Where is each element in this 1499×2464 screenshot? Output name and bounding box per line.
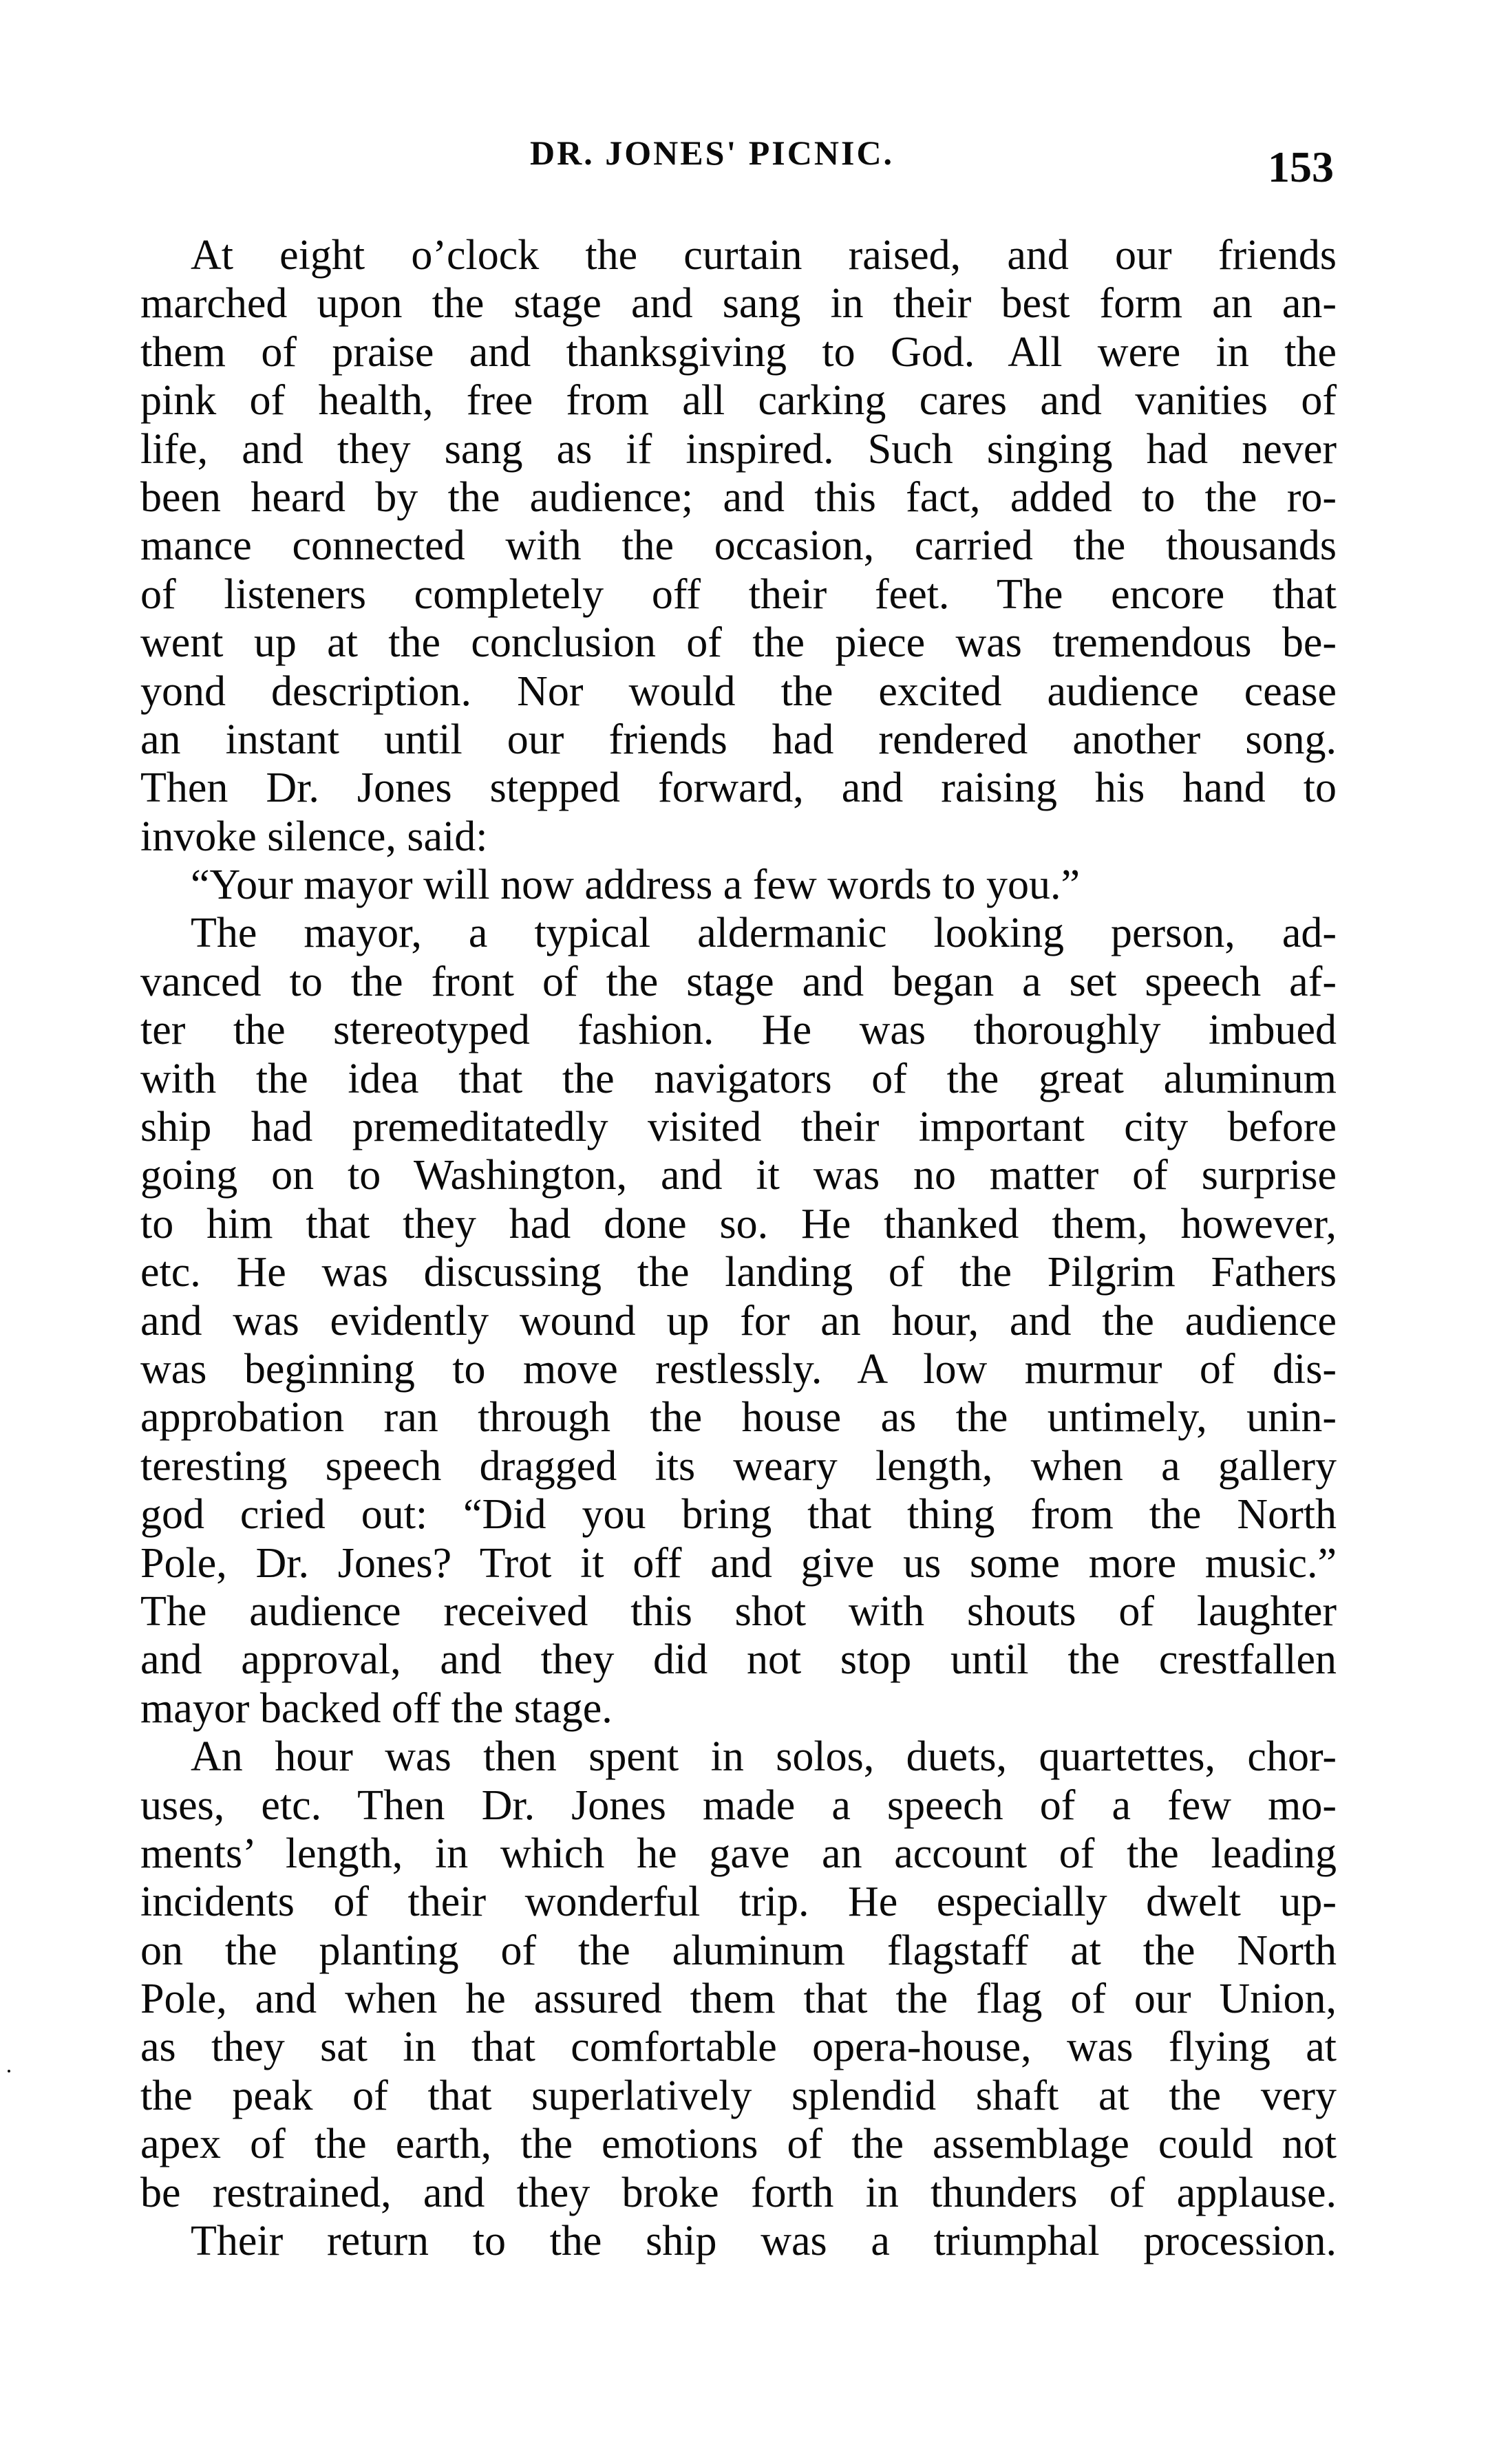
- text-line: invoke silence, said:: [140, 813, 1337, 861]
- text-line: The audience received this shot with sho…: [140, 1587, 1337, 1636]
- book-page: DR. JONES' PICNIC. 153 At eight o’clock …: [0, 0, 1499, 2464]
- text-line: Then Dr. Jones stepped forward, and rais…: [140, 764, 1337, 812]
- text-line: An hour was then spent in solos, duets, …: [140, 1733, 1337, 1781]
- text-line: The mayor, a typical aldermanic looking …: [140, 909, 1337, 957]
- text-line: the peak of that superlatively splendid …: [140, 2072, 1337, 2120]
- text-line: Their return to the ship was a triumphal…: [140, 2217, 1337, 2265]
- text-line: on the planting of the aluminum flagstaf…: [140, 1927, 1337, 1975]
- text-line: went up at the conclusion of the piece w…: [140, 619, 1337, 667]
- text-line: yond description. Nor would the excited …: [140, 667, 1337, 716]
- text-line: god cried out: “Did you bring that thing…: [140, 1490, 1337, 1539]
- text-line: to him that they had done so. He thanked…: [140, 1200, 1337, 1248]
- body-text: At eight o’clock the curtain raised, and…: [140, 231, 1337, 2265]
- page-number: 153: [1268, 143, 1334, 191]
- text-line: been heard by the audience; and this fac…: [140, 473, 1337, 522]
- text-line: Pole, and when he assured them that the …: [140, 1975, 1337, 2023]
- text-line: “Your mayor will now address a few words…: [140, 861, 1337, 909]
- text-line: was beginning to move restlessly. A low …: [140, 1345, 1337, 1393]
- text-line: them of praise and thanksgiving to God. …: [140, 328, 1337, 376]
- text-line: incidents of their wonderful trip. He es…: [140, 1878, 1337, 1926]
- text-line: teresting speech dragged its weary lengt…: [140, 1442, 1337, 1490]
- text-line: as they sat in that comfortable opera-ho…: [140, 2023, 1337, 2071]
- text-line: be restrained, and they broke forth in t…: [140, 2169, 1337, 2217]
- text-line: an instant until our friends had rendere…: [140, 716, 1337, 764]
- text-line: etc. He was discussing the landing of th…: [140, 1248, 1337, 1296]
- text-line: uses, etc. Then Dr. Jones made a speech …: [140, 1781, 1337, 1830]
- text-line: of listeners completely off their feet. …: [140, 570, 1337, 619]
- text-line: Pole, Dr. Jones? Trot it off and give us…: [140, 1539, 1337, 1587]
- text-line: ter the stereotyped fashion. He was thor…: [140, 1006, 1337, 1054]
- text-line: and approval, and they did not stop unti…: [140, 1636, 1337, 1684]
- text-line: going on to Washington, and it was no ma…: [140, 1151, 1337, 1199]
- text-line: At eight o’clock the curtain raised, and…: [140, 231, 1337, 279]
- text-line: life, and they sang as if inspired. Such…: [140, 425, 1337, 473]
- text-line: apex of the earth, the emotions of the a…: [140, 2120, 1337, 2168]
- text-line: approbation ran through the house as the…: [140, 1393, 1337, 1442]
- text-line: and was evidently wound up for an hour, …: [140, 1297, 1337, 1345]
- text-line: vanced to the front of the stage and beg…: [140, 958, 1337, 1006]
- text-line: with the idea that the navigators of the…: [140, 1055, 1337, 1103]
- scan-speck: [8, 2070, 10, 2072]
- text-line: ship had premeditatedly visited their im…: [140, 1103, 1337, 1151]
- text-line: mayor backed off the stage.: [140, 1684, 1337, 1733]
- text-line: marched upon the stage and sang in their…: [140, 279, 1337, 328]
- running-head-title: DR. JONES' PICNIC.: [530, 132, 894, 173]
- text-line: ments’ length, in which he gave an accou…: [140, 1830, 1337, 1878]
- text-line: pink of health, free from all carking ca…: [140, 376, 1337, 425]
- text-line: mance connected with the occasion, carri…: [140, 522, 1337, 570]
